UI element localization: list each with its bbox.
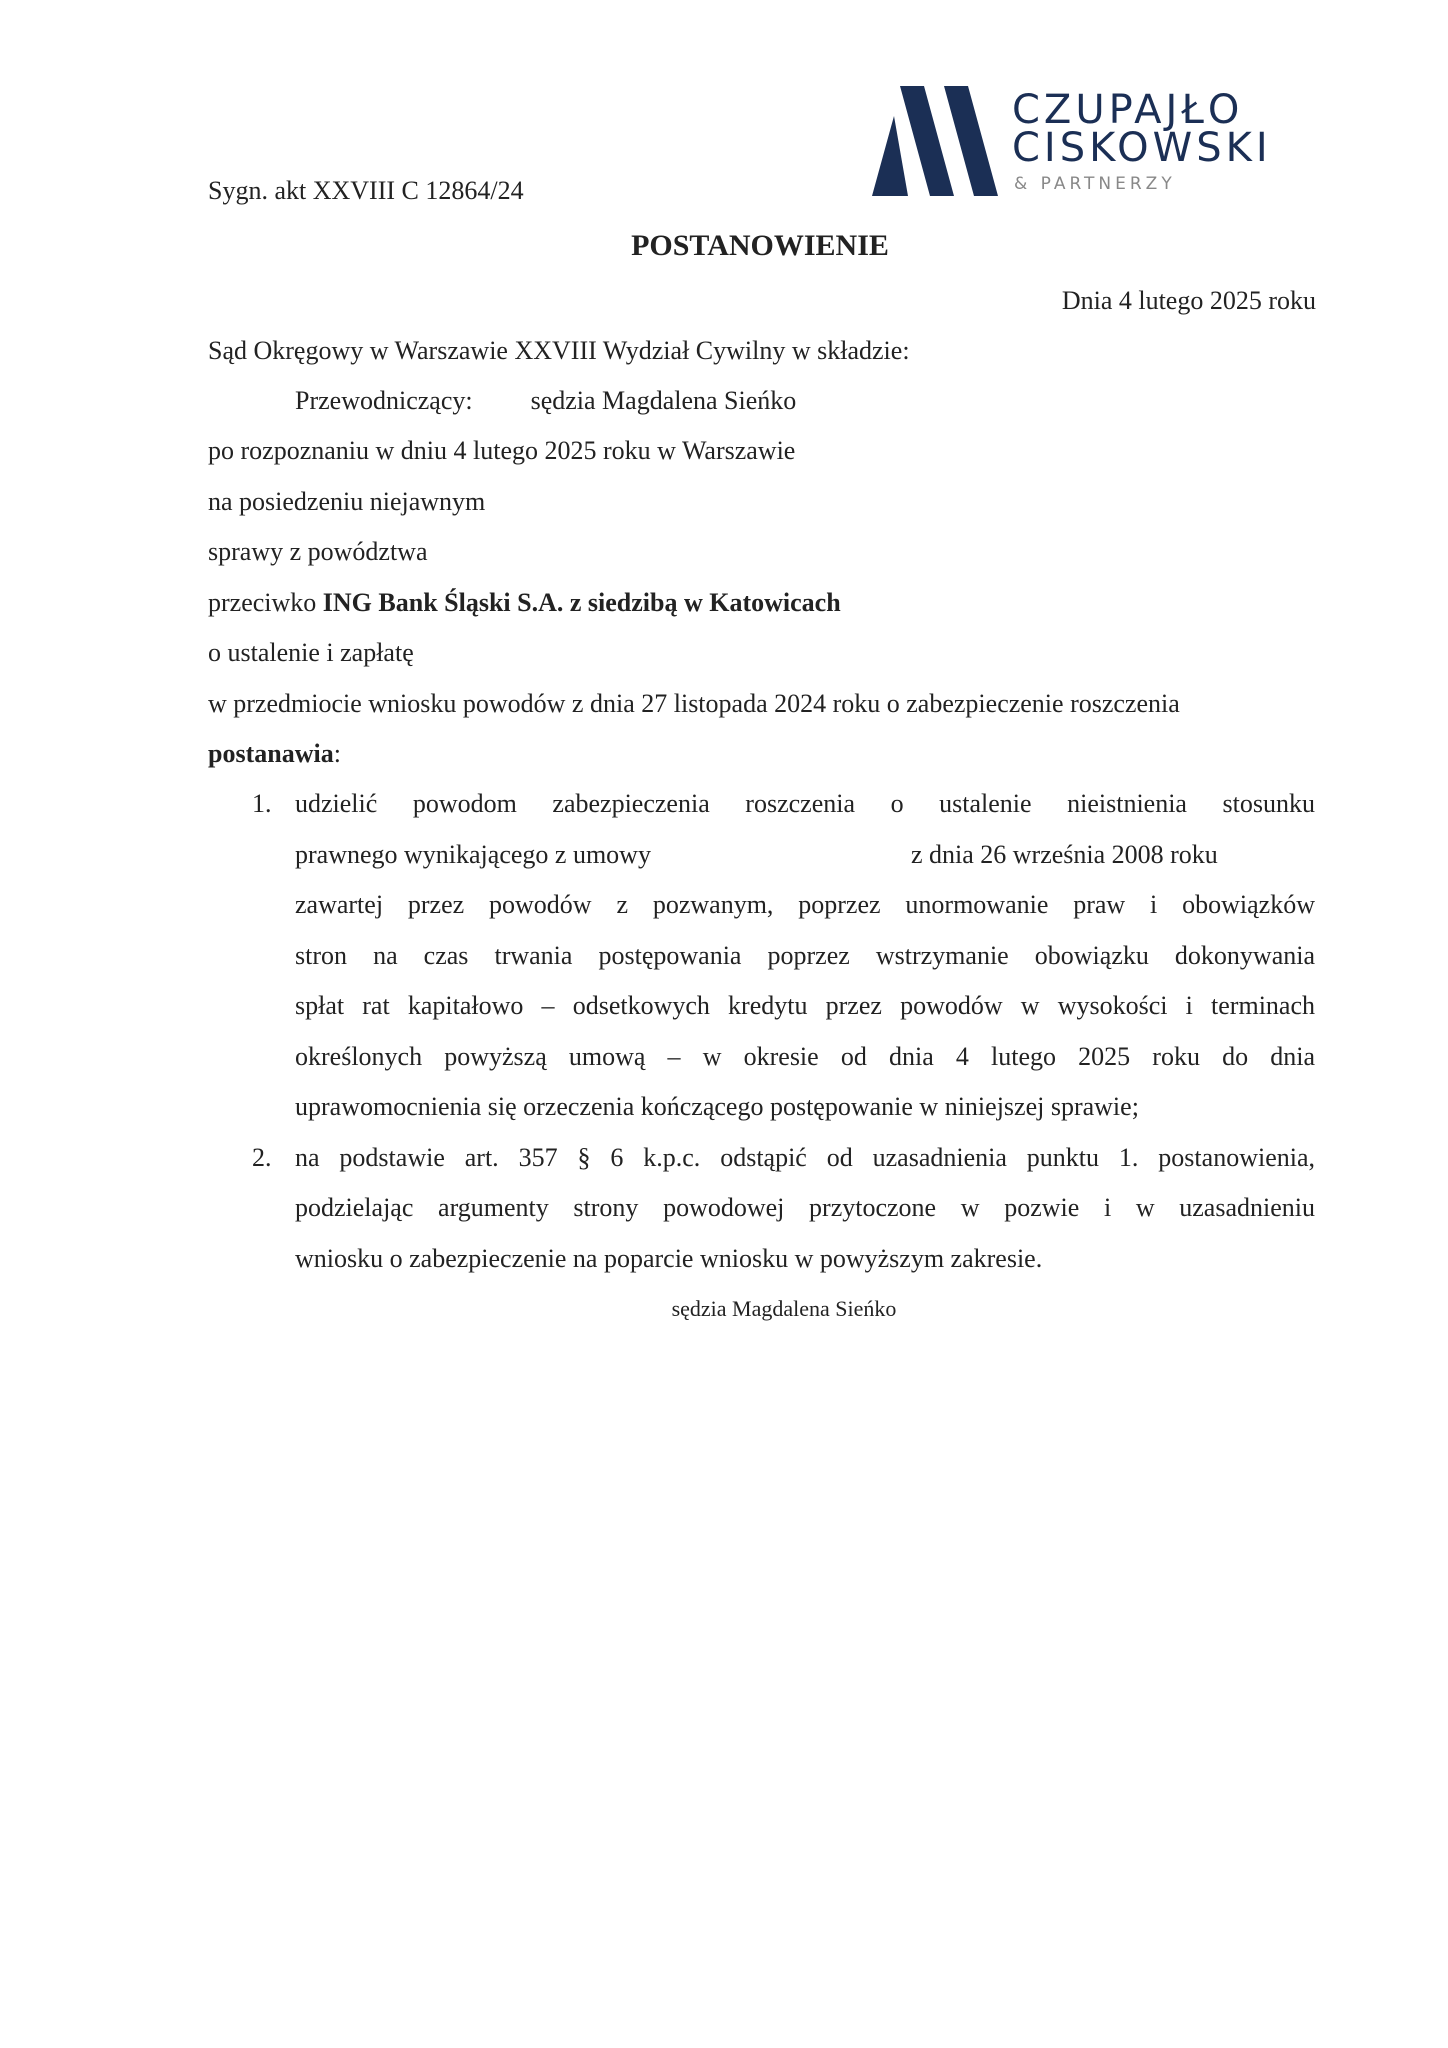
law-firm-logo: CZUPAJŁO CISKOWSKI & PARTNERZY [872,86,1292,201]
item-2-line-1: na podstawie art. 357 § 6 k.p.c. odstąpi… [295,1143,1315,1173]
defendant-name: ING Bank Śląski S.A. z siedzibą w Katowi… [323,588,841,617]
chair-name: sędzia Magdalena Sieńko [531,386,797,415]
motion-line: w przedmiocie wniosku powodów z dnia 27 … [208,689,1180,719]
item-1-line-5: spłat rat kapitałowo – odsetkowych kredy… [295,991,1315,1021]
case-reference: Sygn. akt XXVIII C 12864/24 [208,176,524,206]
case-subject-line: o ustalenie i zapłatę [208,638,414,668]
session-type-line: na posiedzeniu niejawnym [208,487,485,517]
item-1-line-2: prawnego wynikającego z umowyz dnia 26 w… [295,840,1218,870]
hearing-date-line: po rozpoznaniu w dniu 4 lutego 2025 roku… [208,436,795,466]
decision-heading: postanawia: [208,739,341,769]
item-number-1: 1. [252,789,272,819]
logo-text-line1: CZUPAJŁO [1012,90,1243,130]
logo-text-line2: CISKOWSKI [1012,128,1272,168]
item-1-line-6: określonych powyższą umową – w okresie o… [295,1042,1315,1072]
chair-label: Przewodniczący: [295,386,473,415]
item-2-line-3: wniosku o zabezpieczenie na poparcie wni… [295,1244,1315,1274]
stripes-triangle-logo-icon [872,86,1002,198]
document-title: POSTANOWIENIE [0,229,1448,263]
defendant-line: przeciwko ING Bank Śląski S.A. z siedzib… [208,588,841,618]
judge-signature: sędzia Magdalena Sieńko [0,1296,1448,1322]
court-composition: Sąd Okręgowy w Warszawie XXVIII Wydział … [208,336,910,366]
item-1-line-3: zawartej przez powodów z pozwanym, poprz… [295,890,1315,920]
item-1-line-4: stron na czas trwania postępowania poprz… [295,941,1315,971]
logo-text-line3: & PARTNERZY [1014,174,1176,194]
item-2-line-2: podzielając argumenty strony powodowej p… [295,1193,1315,1223]
item-1-line-1: udzielić powodom zabezpieczenia roszczen… [295,789,1315,819]
document-date: Dnia 4 lutego 2025 roku [1062,286,1316,316]
chair-line: Przewodniczący:sędzia Magdalena Sieńko [295,386,796,416]
item-1-line-7: uprawomocnienia się orzeczenia kończąceg… [295,1092,1315,1122]
item-number-2: 2. [252,1143,272,1173]
case-from-line: sprawy z powództwa [208,537,428,567]
